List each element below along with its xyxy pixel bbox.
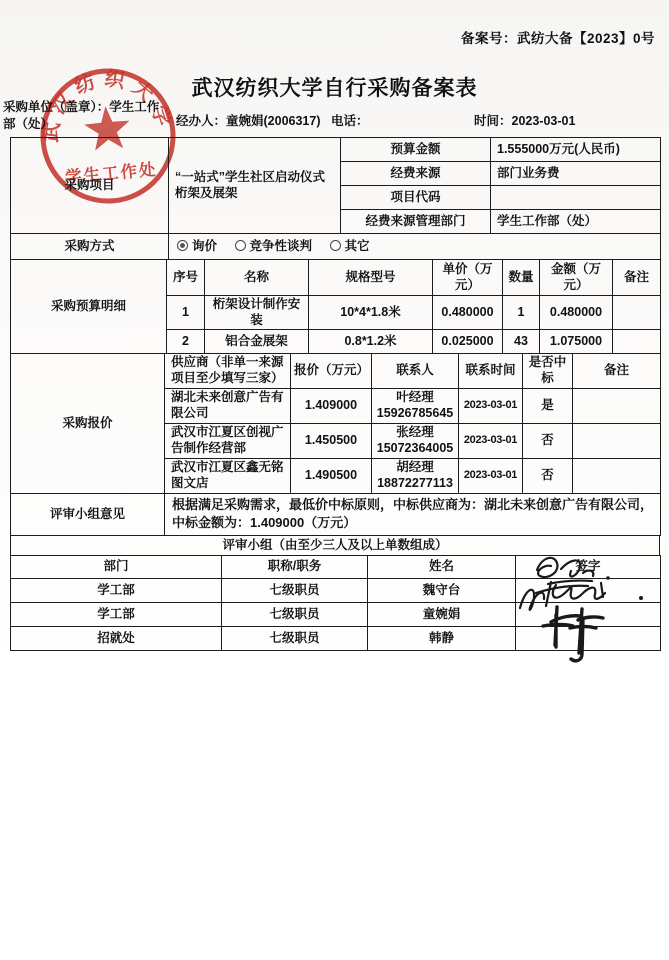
scanned-procurement-record-form: 备案号：武纺大备【2023】0号 武汉纺织大学自行采购备案表 采购单位（盖章）：… — [0, 0, 669, 960]
col-header-price: 报价（万元） — [291, 354, 372, 388]
cell-contact: 叶经理 15926785645 — [372, 388, 459, 423]
cell-contact: 胡经理 18872277113 — [372, 458, 459, 493]
cell-dept: 学工部 — [11, 579, 222, 603]
project-name: “一站式”学生社区启动仪式桁架及展架 — [169, 138, 341, 234]
cell-spec: 10*4*1.8米 — [309, 296, 433, 330]
cell-seq: 2 — [167, 330, 205, 354]
cell-price: 1.450500 — [291, 423, 372, 458]
quotation-section: 采购报价 供应商（非单一来源项目至少填写三家） 报价（万元） 联系人 联系时间 … — [10, 353, 661, 493]
project-section: 采购项目 “一站式”学生社区启动仪式桁架及展架 预算金额 1.555000万元(… — [10, 137, 661, 234]
cell-note — [613, 330, 661, 354]
col-header-qty: 数量 — [503, 260, 540, 296]
fund-dept-value: 学生工作部（处） — [491, 210, 661, 234]
table-row: 评审小组（由至少三人及以上单数组成） — [11, 536, 660, 556]
radio-label: 其它 — [345, 239, 370, 253]
col-header-note: 备注 — [573, 354, 661, 388]
table-row: 学工部 七级职员 魏守台 — [11, 579, 661, 603]
method-section: 采购方式 询价 竞争性谈判 其它 — [10, 233, 661, 260]
cell-signature — [516, 603, 661, 627]
record-number: 备案号：武纺大备【2023】0号 — [461, 27, 655, 47]
cell-dept: 学工部 — [11, 603, 222, 627]
cell-note — [573, 423, 661, 458]
committee-section: 部门 职称/职务 姓名 签字 学工部 七级职员 魏守台 学工部 七级职员 童婉娟… — [10, 555, 661, 651]
cell-amount: 0.480000 — [540, 296, 613, 330]
review-group-note-section: 评审小组（由至少三人及以上单数组成） — [10, 535, 660, 556]
table-header-row: 采购预算明细 序号 名称 规格型号 单价（万元） 数量 金额（万元） 备注 — [11, 260, 661, 296]
project-row-label: 采购项目 — [11, 138, 169, 234]
cell-contact-time: 2023-03-01 — [459, 458, 523, 493]
col-header-contact-time: 联系时间 — [459, 354, 523, 388]
col-header-amount: 金额（万元） — [540, 260, 613, 296]
table-row: 评审小组意见 根据满足采购需求，最低价中标原则，中标供应商为：湖北未来创意广告有… — [11, 493, 661, 536]
radio-option-negotiation: 竞争性谈判 — [235, 239, 313, 253]
cell-win: 否 — [523, 458, 573, 493]
budget-amount-value: 1.555000万元(人民币) — [491, 138, 661, 162]
cell-signature — [516, 579, 661, 603]
cell-price: 1.409000 — [291, 388, 372, 423]
radio-label: 询价 — [192, 239, 217, 253]
table-header-row: 采购报价 供应商（非单一来源项目至少填写三家） 报价（万元） 联系人 联系时间 … — [11, 354, 661, 388]
budget-row-label: 采购预算明细 — [11, 260, 167, 354]
cell-name: 魏守台 — [368, 579, 516, 603]
table-row: 采购方式 询价 竞争性谈判 其它 — [11, 234, 661, 260]
col-header-supplier: 供应商（非单一来源项目至少填写三家） — [165, 354, 291, 388]
cell-name: 韩静 — [368, 627, 516, 651]
radio-option-inquiry: 询价 — [177, 239, 217, 253]
radio-icon — [235, 240, 246, 251]
project-code-label: 项目代码 — [341, 186, 491, 210]
cell-unitprice: 0.480000 — [433, 296, 503, 330]
contact-phone: 15926785645 — [375, 406, 455, 422]
cell-qty: 43 — [503, 330, 540, 354]
cell-win: 否 — [523, 423, 573, 458]
cell-amount: 1.075000 — [540, 330, 613, 354]
contact-name: 叶经理 — [375, 390, 455, 406]
cell-spec: 0.8*1.2米 — [309, 330, 433, 354]
cell-item-name: 桁架设计制作安装 — [205, 296, 309, 330]
review-opinion-section: 评审小组意见 根据满足采购需求，最低价中标原则，中标供应商为：湖北未来创意广告有… — [10, 493, 661, 537]
cell-contact-time: 2023-03-01 — [459, 388, 523, 423]
col-header-win: 是否中标 — [523, 354, 573, 388]
col-header-seq: 序号 — [167, 260, 205, 296]
cell-signature — [516, 627, 661, 651]
cell-dept: 招就处 — [11, 627, 222, 651]
contact-phone: 15072364005 — [375, 441, 455, 457]
cell-contact-time: 2023-03-01 — [459, 423, 523, 458]
fund-source-value: 部门业务费 — [491, 162, 661, 186]
table-row: 学工部 七级职员 童婉娟 — [11, 603, 661, 627]
fund-dept-label: 经费来源管理部门 — [341, 210, 491, 234]
cell-note — [573, 458, 661, 493]
contact-name: 胡经理 — [375, 460, 455, 476]
cell-price: 1.490500 — [291, 458, 372, 493]
col-header-signature: 签字 — [516, 556, 661, 579]
cell-supplier: 武汉市江夏区鑫无铭图文店 — [165, 458, 291, 493]
radio-icon — [330, 240, 341, 251]
review-group-note: 评审小组（由至少三人及以上单数组成） — [11, 536, 660, 556]
cell-win: 是 — [523, 388, 573, 423]
fund-source-label: 经费来源 — [341, 162, 491, 186]
cell-name: 童婉娟 — [368, 603, 516, 627]
quote-row-label: 采购报价 — [11, 354, 165, 493]
cell-seq: 1 — [167, 296, 205, 330]
radio-option-other: 其它 — [330, 239, 370, 253]
cell-title: 七级职员 — [222, 603, 368, 627]
phone-field: 电话： — [331, 111, 369, 129]
date-field: 时间：2023-03-01 — [474, 111, 575, 129]
contact-name: 张经理 — [375, 425, 455, 441]
col-header-name: 姓名 — [368, 556, 516, 579]
cell-supplier: 湖北未来创意广告有限公司 — [165, 388, 291, 423]
col-header-dept: 部门 — [11, 556, 222, 579]
table-row: 采购项目 “一站式”学生社区启动仪式桁架及展架 预算金额 1.555000万元(… — [11, 138, 661, 162]
col-header-spec: 规格型号 — [309, 260, 433, 296]
radio-selected-icon — [177, 240, 188, 251]
table-header-row: 部门 职称/职务 姓名 签字 — [11, 556, 661, 579]
cell-supplier: 武汉市江夏区创视广告制作经营部 — [165, 423, 291, 458]
budget-detail-section: 采购预算明细 序号 名称 规格型号 单价（万元） 数量 金额（万元） 备注 1 … — [10, 259, 661, 354]
budget-amount-label: 预算金额 — [341, 138, 491, 162]
contact-phone: 18872277113 — [375, 476, 455, 492]
cell-title: 七级职员 — [222, 579, 368, 603]
cell-note — [613, 296, 661, 330]
col-header-unitprice: 单价（万元） — [433, 260, 503, 296]
col-header-note: 备注 — [613, 260, 661, 296]
opinion-text: 根据满足采购需求，最低价中标原则，中标供应商为：湖北未来创意广告有限公司，中标金… — [165, 493, 661, 536]
cell-qty: 1 — [503, 296, 540, 330]
method-row-label: 采购方式 — [11, 234, 169, 260]
col-header-name: 名称 — [205, 260, 309, 296]
col-header-title: 职称/职务 — [222, 556, 368, 579]
method-options: 询价 竞争性谈判 其它 — [169, 234, 661, 260]
cell-item-name: 铝合金展架 — [205, 330, 309, 354]
cell-title: 七级职员 — [222, 627, 368, 651]
table-row: 招就处 七级职员 韩静 — [11, 627, 661, 651]
opinion-row-label: 评审小组意见 — [11, 493, 165, 536]
cell-contact: 张经理 15072364005 — [372, 423, 459, 458]
cell-unitprice: 0.025000 — [433, 330, 503, 354]
cell-note — [573, 388, 661, 423]
handler-field: 经办人：童婉娟(2006317) — [176, 111, 321, 129]
procurement-table: 采购项目 “一站式”学生社区启动仪式桁架及展架 预算金额 1.555000万元(… — [10, 137, 660, 651]
project-code-value — [491, 186, 661, 210]
col-header-contact: 联系人 — [372, 354, 459, 388]
radio-label: 竞争性谈判 — [250, 239, 313, 253]
